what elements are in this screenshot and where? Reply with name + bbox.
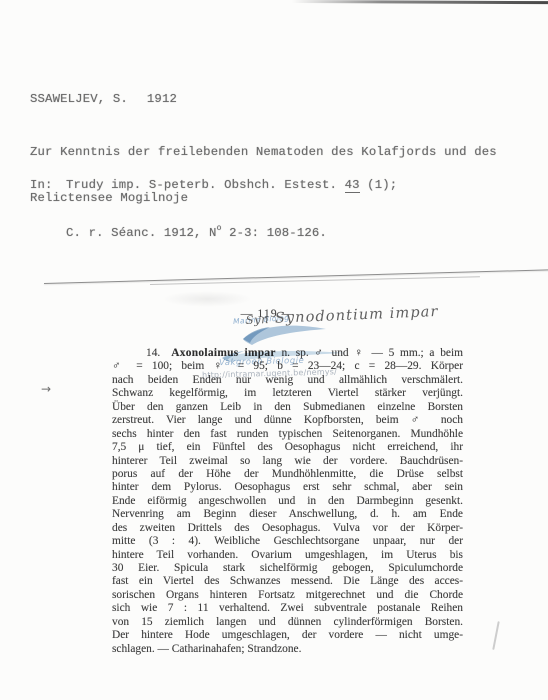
entry-line: Über den ganzen Leib in den Submedianen … — [112, 401, 463, 414]
entry-line: Ende eiförmig angeschwollen und in den D… — [112, 495, 463, 508]
entry-line: hinterer Teil zweimal so lang wie der vo… — [112, 455, 463, 468]
entry-line: sich wie 7 : 11 verhaltend. Zwei subvent… — [112, 602, 463, 615]
entry-line: hinter dem Pylorus. Oesophagus erst sehr… — [112, 481, 463, 494]
handwritten-annotation: SynSynodontium impar — [245, 301, 439, 328]
author-name: SSAWELJEV, S. — [30, 92, 128, 106]
entry-line: 30 Eier. Spicula stark sichelförmig gebo… — [112, 562, 463, 575]
source-line-1: In:Trudy imp. S-peterb. Obshch. Estest. … — [30, 178, 397, 193]
entry-line: hintere Teil vorhanden. Ovarium umgeshla… — [112, 549, 463, 562]
publication-year: 1912 — [147, 92, 177, 106]
species-name-handwritten: Synodontium impar — [275, 304, 439, 327]
source-line-2: C. r. Séanc. 1912, No 2-3: 108-126. — [30, 222, 397, 241]
entry-line: 7,5 μ tief, ein Fünftel des Oesophagus n… — [112, 441, 463, 454]
entry-line: sorischen Organs hinteren Fortsatz mitge… — [112, 589, 463, 602]
entry-line: von 15 ziemlich langen und dünnen cylind… — [112, 616, 463, 629]
source-block: In:Trudy imp. S-peterb. Obshch. Estest. … — [30, 149, 397, 270]
entry-line: fast ein Viertel des Schwanzes messend. … — [112, 575, 463, 588]
syn-abbreviation: Syn — [245, 312, 269, 327]
entry-line: porus auf der Höhe der Mundhöhlenmitte, … — [112, 468, 463, 481]
entry-line: Der hintere Hode umgeschlagen, der vorde… — [112, 629, 463, 642]
margin-arrow-icon: → — [41, 382, 51, 396]
scan-page-edge-line-faint — [150, 276, 480, 285]
author-line: SSAWELJEV, S.1912 — [30, 92, 177, 106]
volume-number: 43 — [345, 178, 360, 193]
species-entry: 14.Axonolaimus impar n. sp. ♂ und ♀ — 5 … — [112, 347, 463, 656]
entry-number: 14. — [146, 347, 160, 359]
entry-line: Schwanz kegelförmig, im letzteren Vierte… — [112, 387, 463, 400]
scan-smudge — [162, 291, 252, 307]
stray-pen-mark — [492, 621, 499, 650]
entry-line: zerstreut. Vier lange und dünne Kopfbors… — [112, 414, 463, 427]
scan-top-edge-line — [292, 0, 548, 4]
entry-line: Nervenring am Beginn dieser Anschwellung… — [112, 508, 463, 521]
scanned-document-page: SSAWELJEV, S.1912 Zur Kenntnis der freil… — [0, 0, 548, 700]
entry-line: schlagen. — Catharinahafen; Strandzone. — [112, 643, 463, 656]
entry-line: mitte (3 : 4). Weibliche Geschlechtsorga… — [112, 535, 463, 548]
in-label: In: — [30, 178, 66, 193]
source-journal: Trudy imp. S-peterb. Obshch. Estest. 43 … — [66, 178, 397, 193]
entry-line: sechs hinter den fast runden typischen S… — [112, 428, 463, 441]
entry-line: des zweiten Drittels des Oesophagus. Vul… — [112, 522, 463, 535]
